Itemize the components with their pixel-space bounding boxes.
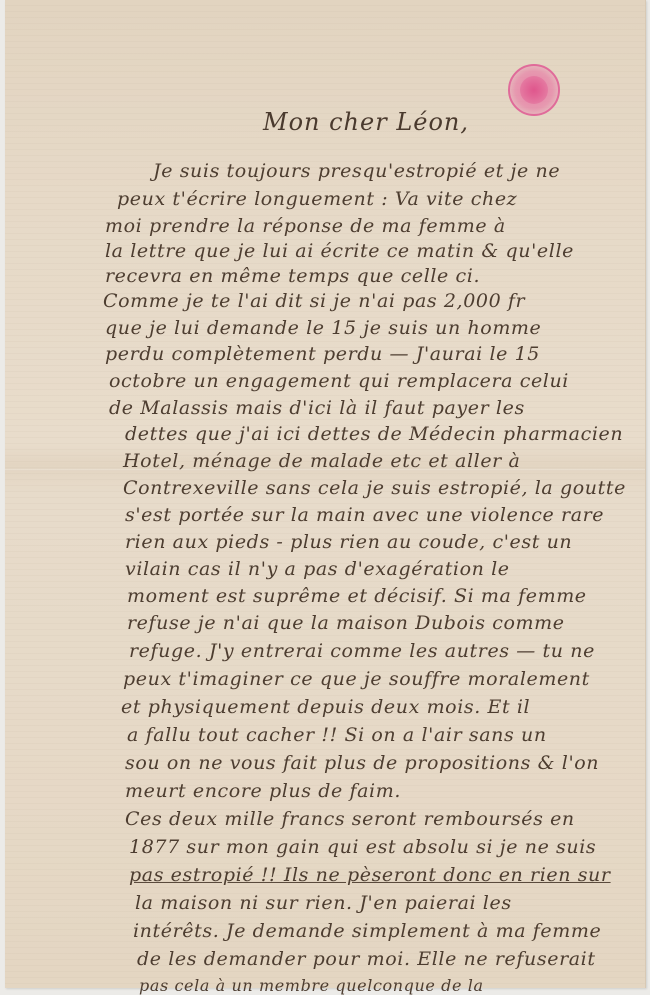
letter-line: la lettre que je lui ai écrite ce matin … (105, 240, 574, 262)
letter-line: vilain cas il n'y a pas d'exagération le (125, 558, 510, 580)
letter-line-underlined: pas estropié !! Ils ne pèseront donc en … (129, 864, 611, 886)
letter-line: Comme je te l'ai dit si je n'ai pas 2,00… (103, 290, 525, 312)
letter-line: octobre un engagement qui remplacera cel… (109, 370, 569, 392)
letter-line: moi prendre la réponse de ma femme à (105, 215, 506, 237)
letter-line: Je suis toujours presqu'estropié et je n… (153, 160, 560, 182)
letter-line: Ces deux mille francs seront remboursés … (125, 808, 575, 830)
letter-line: s'est portée sur la main avec une violen… (125, 504, 604, 526)
letter-line: Contrexeville sans cela je suis estropié… (123, 477, 626, 499)
letter-line: que je lui demande le 15 je suis un homm… (105, 317, 541, 339)
salutation: Mon cher Léon, (263, 108, 469, 136)
letter-line: refuge. J'y entrerai comme les autres — … (129, 640, 595, 662)
letter-line: et physiquement depuis deux mois. Et il (121, 696, 530, 718)
letter-line: de Malassis mais d'ici là il faut payer … (109, 397, 525, 419)
letter-line: 1877 sur mon gain qui est absolu si je n… (129, 836, 596, 858)
letter-line: perdu complètement perdu — J'aurai le 15 (105, 343, 540, 365)
letter-line: recevra en même temps que celle ci. (105, 265, 480, 287)
letter-line: intérêts. Je demande simplement à ma fem… (133, 920, 601, 942)
letter-line: pas cela à un membre quelconque de la (139, 976, 484, 994)
letter-line: de les demander pour moi. Elle ne refuse… (137, 948, 596, 970)
letter-line: dettes que j'ai ici dettes de Médecin ph… (125, 423, 623, 445)
letter-line: peux t'écrire longuement : Va vite chez (117, 188, 517, 210)
letter-line: a fallu tout cacher !! Si on a l'air san… (127, 724, 547, 746)
letter-line: moment est suprême et décisif. Si ma fem… (127, 585, 587, 607)
letter-line: rien aux pieds - plus rien au coude, c'e… (125, 531, 572, 553)
letter-line: peux t'imaginer ce que je souffre morale… (123, 668, 590, 690)
letter-line: la maison ni sur rien. J'en paierai les (135, 892, 512, 914)
letter-line: refuse je n'ai que la maison Dubois comm… (127, 612, 565, 634)
letter-line: Hotel, ménage de malade etc et aller à (123, 450, 520, 472)
stamp-center (520, 76, 548, 104)
ink-stamp-icon (508, 64, 560, 116)
letter-line: meurt encore plus de faim. (125, 780, 401, 802)
letter-line: sou on ne vous fait plus de propositions… (125, 752, 599, 774)
letter-page: Mon cher Léon, Je suis toujours presqu'e… (5, 0, 646, 988)
